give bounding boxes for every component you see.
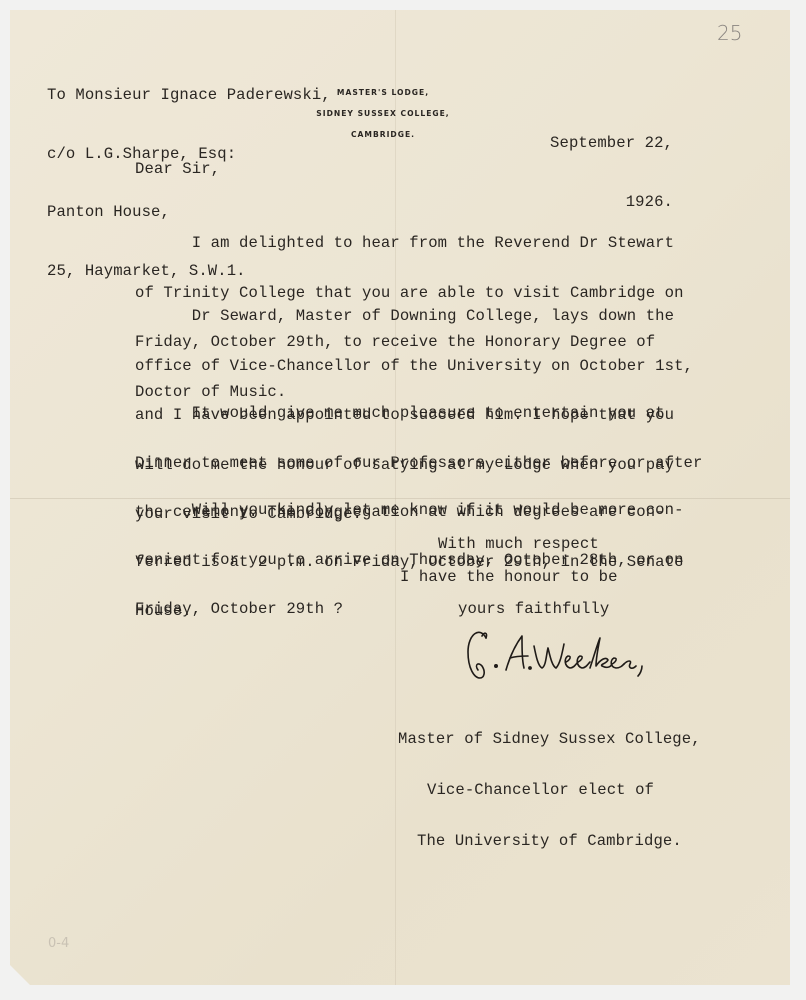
paragraph-4-line: Will you kindly let me know if it would …	[135, 502, 684, 519]
pencil-note: 0-4	[48, 936, 69, 951]
paragraph-1-line: I am delighted to hear from the Reverend…	[135, 235, 684, 252]
signatory-title-line-1: Master of Sidney Sussex College,	[398, 731, 701, 748]
paragraph-3-line: It would give me much pleasure to entert…	[135, 405, 702, 422]
letterhead-line-3: CAMBRIDGE.	[283, 130, 483, 139]
paragraph-4-line: venient for you to arrive on Thursday, O…	[135, 552, 684, 569]
paragraph-2-line: Dr Seward, Master of Downing College, la…	[135, 308, 693, 325]
signatory-title-line-2: Vice-Chancellor elect of	[398, 782, 701, 799]
closing-line-1: With much respect	[438, 535, 599, 555]
date-line-1: September 22,	[545, 134, 673, 154]
salutation: Dear Sir,	[135, 160, 220, 180]
letterhead-line-1: MASTER'S LODGE,	[283, 88, 483, 97]
closing-line-3: yours faithfully	[458, 600, 609, 620]
signatory-title-line-3: The University of Cambridge.	[398, 833, 701, 850]
handwritten-page-number: 25	[717, 21, 742, 45]
signatory-title: Master of Sidney Sussex College, Vice-Ch…	[398, 697, 701, 867]
handwritten-signature	[460, 620, 700, 690]
letterhead-line-2: SIDNEY SUSSEX COLLEGE,	[283, 109, 483, 118]
closing-line-2: I have the honour to be	[400, 568, 618, 588]
